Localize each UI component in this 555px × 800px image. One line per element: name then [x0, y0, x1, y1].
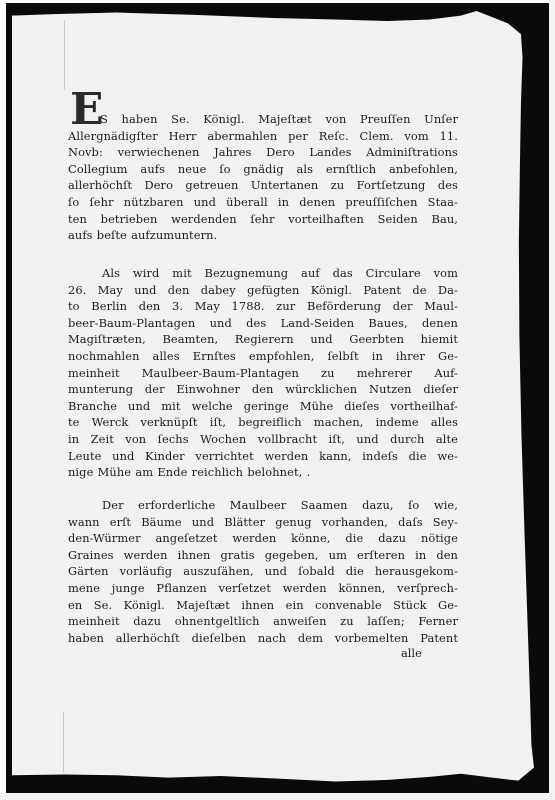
text-line: meinheit Maulbeer-Baum-Plantagen zu mehr… [68, 365, 458, 382]
text-line: allerhöchſt Dero getreuen Untertanen zu … [68, 177, 458, 194]
text-line: en Se. Königl. Majeſtæt ihnen ein conven… [68, 597, 458, 614]
text-line: beer-Baum-Plantagen und des Land-Seiden … [68, 315, 458, 332]
scan-margin-bottom [0, 793, 555, 800]
text-line: nige Mühe am Ende reichlich belohnet, . [68, 464, 458, 481]
text-line: Gärten vorläufig auszuſähen, und ſobald … [68, 563, 458, 580]
text-line: ſo ſehr nützbaren und überall in denen p… [68, 194, 458, 211]
text-line: te Werck verknüpſt iſt, begreiflich mach… [68, 414, 458, 431]
text-line: 26. May und den dabey gefügten Königl. P… [68, 282, 458, 299]
text-line: Der erforderliche Maulbeer Saamen dazu, … [68, 497, 458, 514]
text-line: mene junge Pflanzen verſetzet werden kön… [68, 580, 458, 597]
text-line: ten betrieben werdenden ſehr vorteilhaft… [68, 211, 458, 228]
paragraph-2: Als wird mit Bezugnemung auf das Circula… [68, 265, 458, 481]
text-line: Als wird mit Bezugnemung auf das Circula… [68, 265, 458, 282]
paragraph-3: Der erforderliche Maulbeer Saamen dazu, … [68, 497, 458, 646]
text-line: Magiſtræten, Beamten, Regierern und Geer… [68, 331, 458, 348]
text-line: in Zeit von ſechs Wochen vollbracht iſt,… [68, 431, 458, 448]
text-line: Collegium aufs neue ſo gnädig als ernſtl… [68, 161, 458, 178]
paper-scratch [63, 712, 64, 772]
paragraph-1: S haben Se. Königl. Majeſtæt von Preuſſe… [68, 111, 458, 244]
text-line: meinheit dazu ohnentgeltlich anweiſen zu… [68, 613, 458, 630]
catchword: alle [401, 646, 422, 660]
text-line: S haben Se. Königl. Majeſtæt von Preuſſe… [68, 111, 458, 128]
text-line: wann erſt Bäume und Blätter genug vorhan… [68, 514, 458, 531]
text-line: aufs beſte aufzumuntern. [68, 227, 458, 244]
text-line: Leute und Kinder verrichtet werden kann,… [68, 448, 458, 465]
text-line: nochmahlen alles Ernſtes empfohlen, ſelb… [68, 348, 458, 365]
paper-scratch [64, 20, 65, 90]
scan-margin-right [549, 0, 555, 800]
text-line: den-Würmer angeſetzet werden könne, die … [68, 530, 458, 547]
text-line: Graines werden ihnen gratis gegeben, um … [68, 547, 458, 564]
text-line: munterung der Einwohner den würcklichen … [68, 381, 458, 398]
text-line: Branche und mit welche geringe Mühe dieſ… [68, 398, 458, 415]
text-line: haben allerhöchſt dieſelben nach dem vor… [68, 630, 458, 647]
text-line: Novb: verwiechenen Jahres Dero Landes Ad… [68, 144, 458, 161]
text-line: Allergnädigſter Herr abermahlen per Reſc… [68, 128, 458, 145]
text-line: to Berlin den 3. May 1788. zur Beförderu… [68, 298, 458, 315]
